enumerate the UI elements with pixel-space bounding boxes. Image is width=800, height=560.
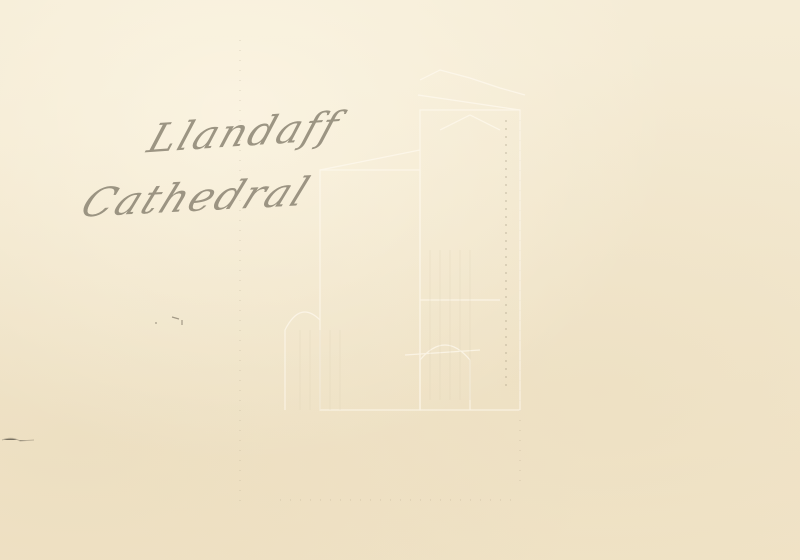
paper-sheet: Llandaff Cathedral — [0, 0, 800, 560]
pencil-smudge-mark — [0, 0, 800, 560]
